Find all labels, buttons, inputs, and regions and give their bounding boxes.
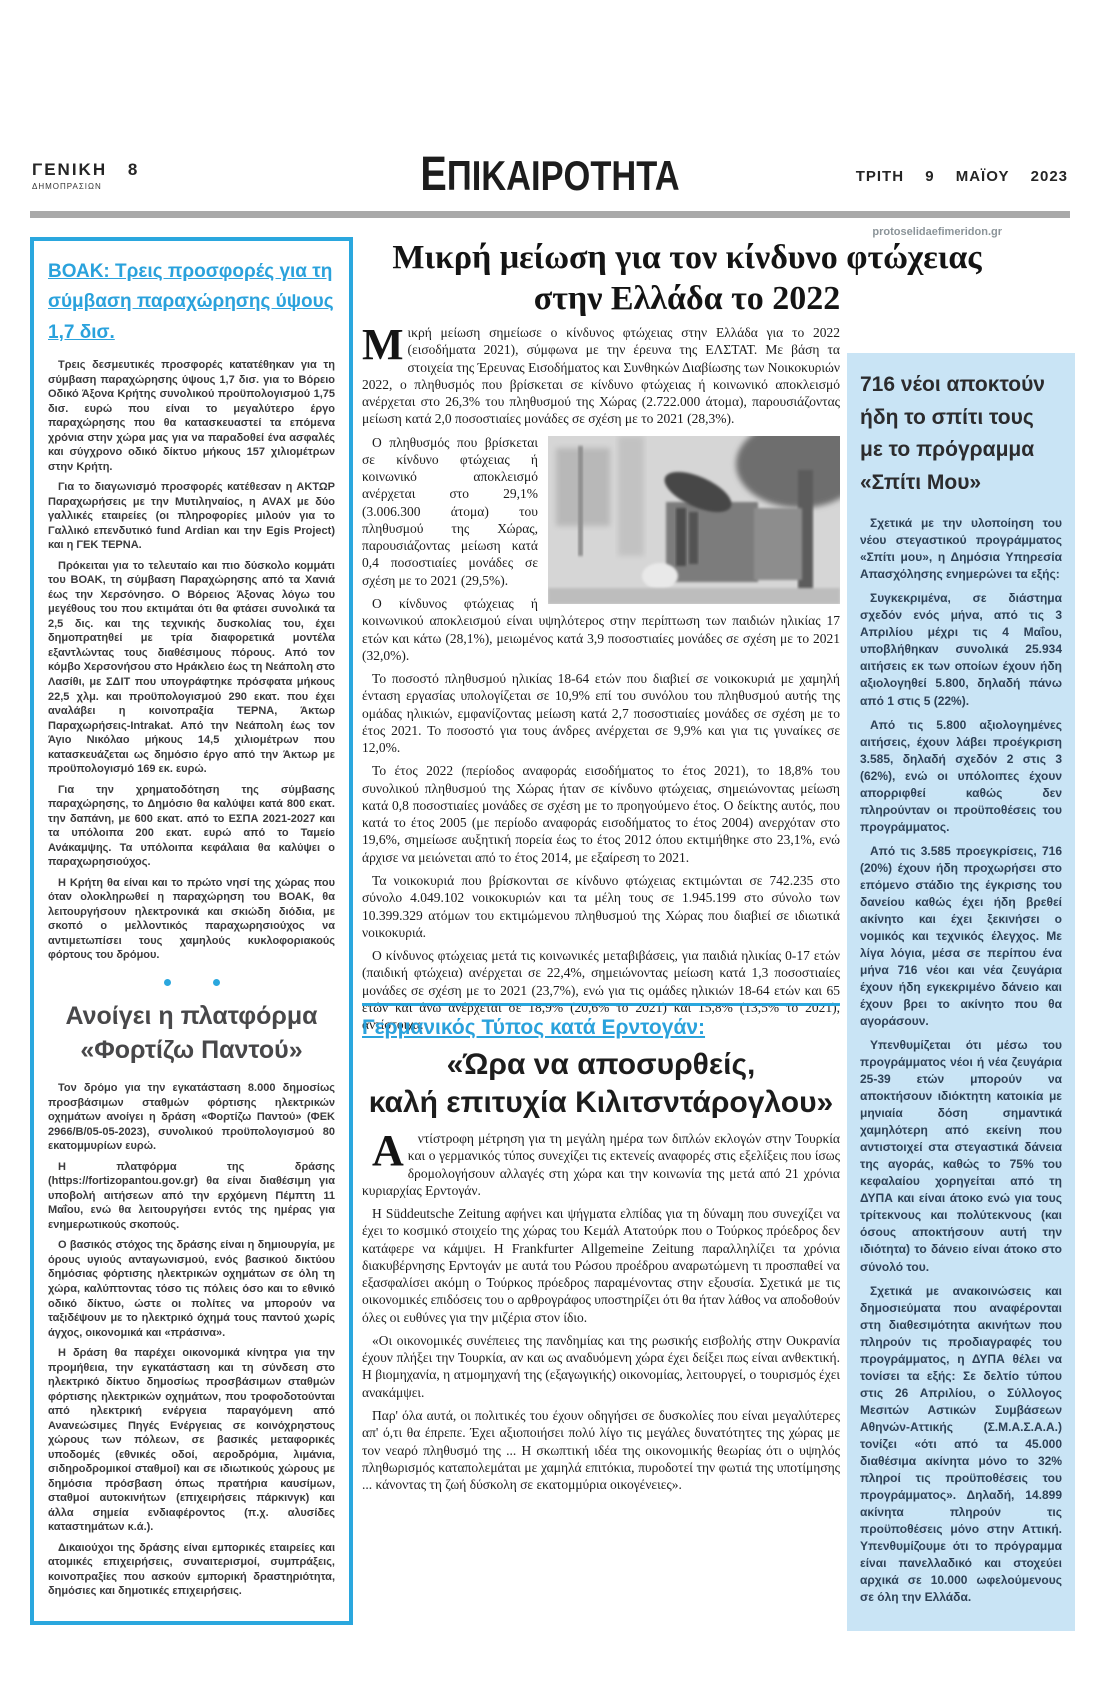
drop-cap: Μ — [362, 324, 408, 363]
paragraph: Τρεις δεσμευτικές προσφορές κατατέθηκαν … — [48, 358, 335, 474]
article-photo — [548, 436, 840, 604]
dot-icon — [213, 979, 220, 986]
drop-cap: Α — [362, 1130, 408, 1169]
paragraph: Ο κίνδυνος φτώχειας ή κοινωνικού αποκλει… — [362, 595, 840, 664]
main-headline: Μικρή μείωση για τον κίνδυνο φτώχειας στ… — [362, 238, 1012, 320]
paragraph: Για την χρηματοδότηση της σύμβασης παραχ… — [48, 783, 335, 870]
paragraph: Τα νοικοκυριά που βρίσκονται σε κίνδυνο … — [362, 872, 840, 941]
paragraph: Το ποσοστό πληθυσμού ηλικίας 18-64 ετών … — [362, 670, 840, 756]
paragraph: Τον δρόμο για την εγκατάσταση 8.000 δημο… — [48, 1081, 335, 1154]
paragraph: Συγκεκριμένα, σε διάστημα σχεδόν ενός μή… — [860, 590, 1062, 709]
paragraph: Σχετικά με ανακοινώσεις και δημοσιεύματα… — [860, 1283, 1062, 1607]
paragraph: Η Κρήτη θα είναι και το πρώτο νησί της χ… — [48, 876, 335, 963]
left-article-box: ΒΟΑΚ: Τρεις προσφορές για τη σύμβαση παρ… — [30, 237, 353, 1625]
paragraph: Από τις 3.585 προεγκρίσεις, 716 (20%) έχ… — [860, 843, 1062, 1030]
paragraph: Δικαιούχοι της δράσης είναι εμπορικές ετ… — [48, 1541, 335, 1599]
paragraph: Αντίστροφη μέτρηση για τη μεγάλη ημέρα τ… — [362, 1130, 840, 1199]
newspaper-page: ΓΕΝΙΚΗ 8 ΔΗΜΟΠΡΑΣΙΩΝ ΕΠΙΚΑΙΡΟΤΗΤΑ ΤΡΙΤΗ … — [0, 0, 1100, 1700]
paragraph: «Οι οικονομικές συνέπειες της πανδημίας … — [362, 1332, 840, 1401]
article-divider-rule — [362, 1003, 840, 1006]
second-article-body: Αντίστροφη μέτρηση για τη μεγάλη ημέρα τ… — [362, 1130, 840, 1499]
paragraph: Παρ' όλα αυτά, οι πολιτικές του έχουν οδ… — [362, 1407, 840, 1493]
second-article-kicker: Γερμανικός Τύπος κατά Ερντογάν: — [362, 1016, 840, 1040]
header-divider-bar — [30, 211, 1070, 218]
paragraph: Η πλατφόρμα της δράσης (https://fortizop… — [48, 1160, 335, 1233]
main-headline-line2: στην Ελλάδα το 2022 — [362, 279, 1012, 320]
paragraph: Υπενθυμίζεται ότι μέσω του προγράμματος … — [860, 1037, 1062, 1275]
paragraph: Πρόκειται για το τελευταίο και πιο δύσκο… — [48, 559, 335, 777]
dot-icon — [164, 979, 171, 986]
main-headline-line1: Μικρή μείωση για τον κίνδυνο φτώχειας — [362, 238, 1012, 279]
paragraph: Για το διαγωνισμό προσφορές κατέθεσαν η … — [48, 480, 335, 553]
sidebar-article-box: 716 νέοι αποκτούν ήδη το σπίτι τους με τ… — [847, 353, 1075, 1631]
paragraph-text: ικρή μείωση σημείωσε ο κίνδυνος φτώχειας… — [362, 325, 840, 426]
watermark-url: protoselidaefimeridon.gr — [790, 226, 1002, 238]
paragraph: Μικρή μείωση σημείωσε ο κίνδυνος φτώχεια… — [362, 324, 840, 428]
street-scene-photo — [548, 436, 840, 604]
second-headline-line2: καλή επιτυχία Κιλιτσντάρογλου» — [362, 1084, 840, 1122]
issue-date: ΤΡΙΤΗ 9 ΜΑΪΟΥ 2023 — [856, 168, 1068, 185]
separator-dots-icon — [48, 979, 335, 986]
left-box-title: ΒΟΑΚ: Τρεις προσφορές για τη σύμβαση παρ… — [48, 257, 335, 348]
sidebar-title: 716 νέοι αποκτούν ήδη το σπίτι τους με τ… — [860, 369, 1062, 499]
paragraph: Το έτος 2022 (περίοδος αναφοράς εισοδήμα… — [362, 762, 840, 866]
left-box-subtitle: Ανοίγει η πλατφόρμα «Φορτίζω Παντού» — [48, 1000, 335, 1068]
paragraph: Η δράση θα παρέχει οικονομικά κίνητρα γι… — [48, 1346, 335, 1535]
paragraph: Ο βασικός στόχος της δράσης είναι η δημι… — [48, 1238, 335, 1340]
paragraph: Σχετικά με την υλοποίηση του νέου στεγασ… — [860, 515, 1062, 583]
paragraph: Από τις 5.800 αξιολογημένες αιτήσεις, έχ… — [860, 717, 1062, 836]
paragraph: Η Süddeutsche Zeitung αφήνει και ψήγματα… — [362, 1205, 840, 1326]
second-headline-line1: «Ώρα να αποσυρθείς, — [362, 1046, 840, 1084]
paragraph-text: ντίστροφη μέτρηση για τη μεγάλη ημέρα τω… — [362, 1131, 840, 1198]
main-article-body: Μικρή μείωση σημείωσε ο κίνδυνος φτώχεια… — [362, 324, 840, 1039]
second-article-headline: «Ώρα να αποσυρθείς, καλή επιτυχία Κιλιτσ… — [362, 1046, 840, 1121]
